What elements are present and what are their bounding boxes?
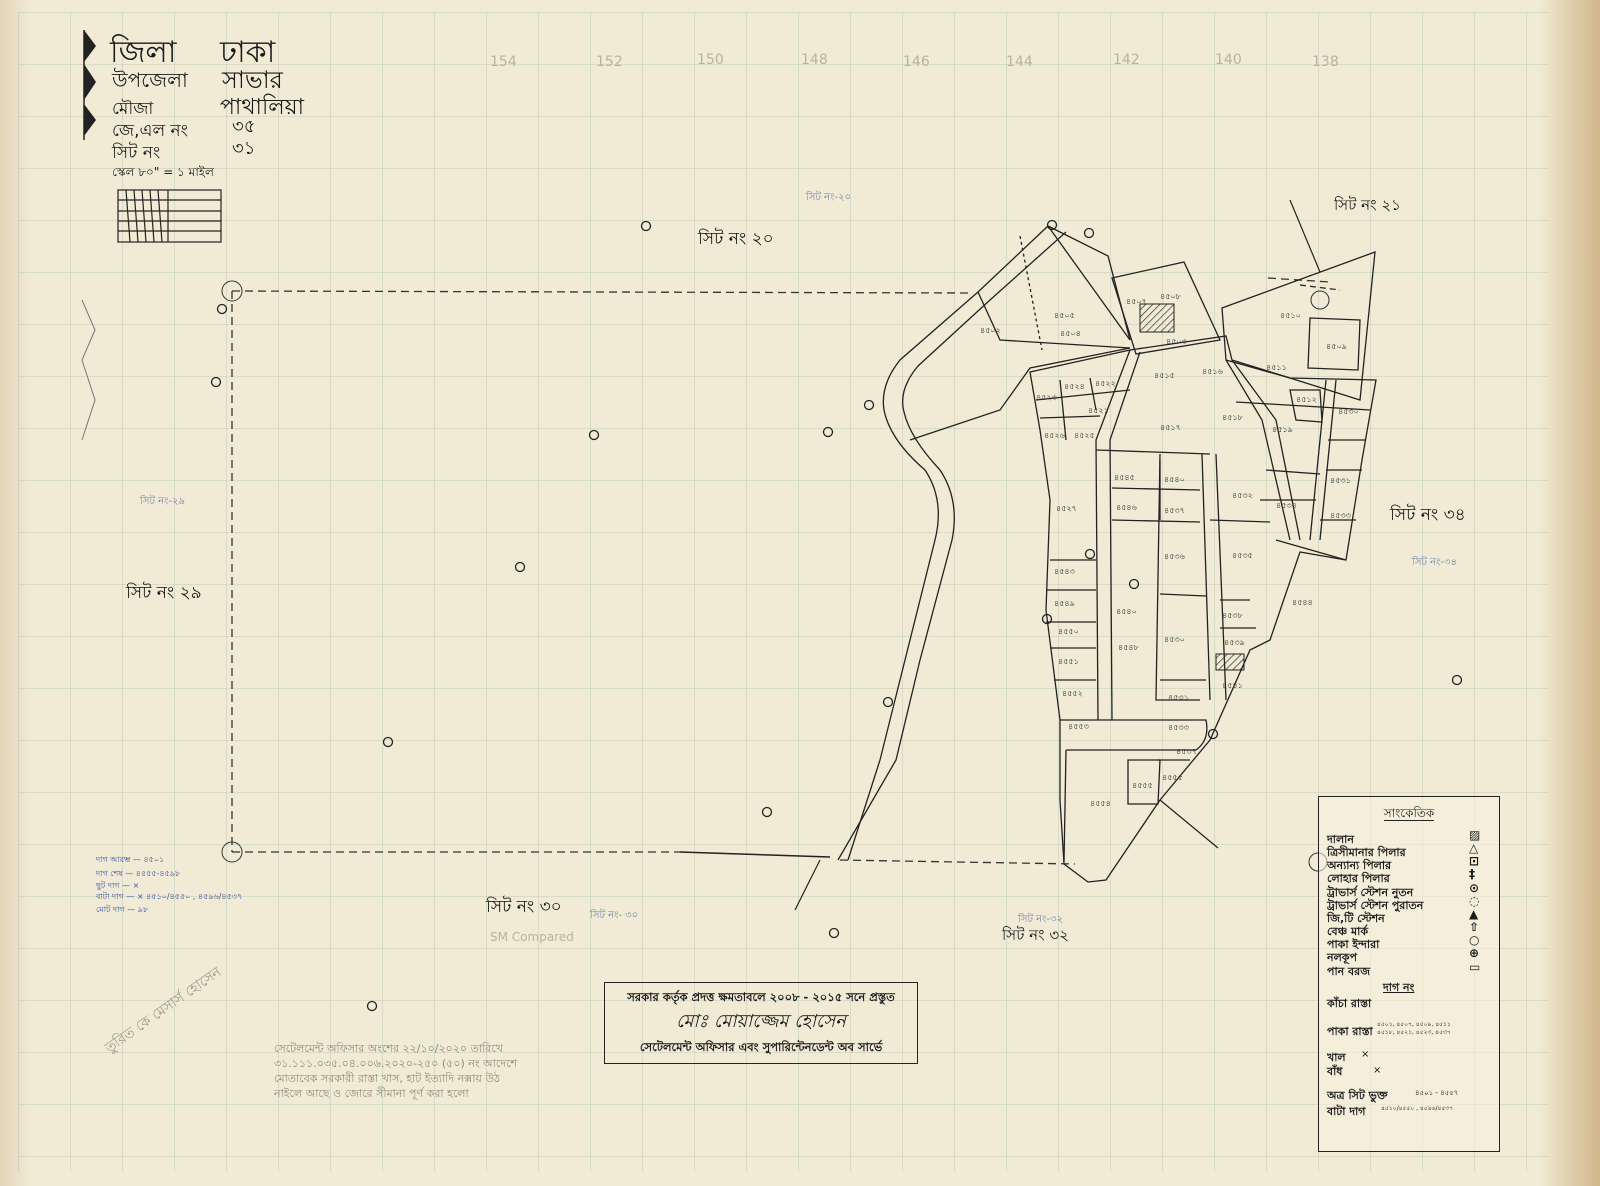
plot-number: ৪৫২৬	[1044, 430, 1065, 443]
plot-number: ৪৫৪৫	[1114, 472, 1135, 485]
pencil-note-sheet-30: সিট নং- ৩০	[590, 908, 638, 925]
plot-number: ৪৫০৯	[1326, 341, 1347, 354]
plot-number: ৪৫০৭	[1126, 296, 1147, 309]
plot-number: ৪৫৪০	[1116, 606, 1137, 619]
plot-number: ৪৫৩৭	[1176, 746, 1197, 759]
filled-triangle-icon: ▲	[1469, 907, 1478, 921]
plot-number: ৪৫৪১	[1222, 680, 1243, 693]
plot-number: ৪৫৫০	[1058, 626, 1079, 639]
canal-value: ×	[1361, 1049, 1369, 1060]
iron-pillar-icon: ‡	[1469, 867, 1475, 881]
embankment-value: ×	[1373, 1065, 1381, 1076]
split-plot-value: ৪৫১০/৪৫৫০ , ৪৫৯৬/৪৫৩৭	[1381, 1103, 1453, 1114]
sheet-number-value: ৩১	[232, 134, 255, 165]
square-dot-icon: ⊡	[1469, 854, 1479, 868]
ring-icon: ○	[1469, 933, 1479, 947]
plot-number: ৪৫৫৪	[1090, 798, 1111, 811]
pencil-note-sheet-20: সিট নং-২০	[806, 190, 851, 207]
plot-number: ৪৫২৩	[1036, 392, 1057, 405]
plot-number: ৪৫০৪	[1060, 328, 1081, 341]
plot-number: ৪৫২২	[1095, 378, 1116, 391]
plot-number: ৪৫৩২	[1232, 490, 1253, 503]
certificate-line-1: সরকার কর্তৃক প্রদত্ত ক্ষমতাবলে ২০০৮ - ২০…	[605, 989, 917, 1008]
plot-number: ৪৫৫৫	[1162, 772, 1183, 785]
plot-number: ৪৫৪৪	[1292, 597, 1313, 610]
crosshair-circle-icon: ⊕	[1469, 946, 1479, 960]
plot-number: ৪৫১১	[1266, 362, 1287, 375]
circle-dot-icon: ⊙	[1469, 881, 1479, 895]
certificate-box: সরকার কর্তৃক প্রদত্ত ক্ষমতাবলে ২০০৮ - ২০…	[604, 982, 918, 1064]
legend-item-split-plot: বাটা দাগ	[1327, 1103, 1366, 1122]
plot-number: ৪৫৪৮	[1118, 642, 1139, 655]
plot-number: ৪৫১২	[1296, 394, 1317, 407]
plot-number: ৪৫১৭	[1160, 422, 1181, 435]
plot-number: ৪৫৪৬	[1116, 502, 1137, 515]
plot-number: ৪৫৩৩	[1168, 722, 1189, 735]
bench-mark-icon: ⇧	[1469, 920, 1479, 934]
dashed-circle-icon: ◌	[1469, 894, 1479, 908]
plot-number: ৪৫৪০	[1164, 474, 1185, 487]
pencil-note-sheet-34: সিট নং-৩৪	[1412, 555, 1457, 572]
plot-number: ৪৫৩১	[1330, 475, 1351, 488]
plot-number: ৪৫২৭	[1056, 503, 1077, 516]
plot-number: ৪৫৩৭	[1164, 505, 1185, 518]
upazila-label: উপজেলা	[112, 66, 188, 99]
plot-number: ৪৫৫৩	[1068, 721, 1089, 734]
plot-number: ৪৫৩৫	[1232, 550, 1253, 563]
adjacent-sheet-east: সিট নং ৩৪	[1390, 502, 1466, 530]
plot-number: ৪৫৩৯	[1224, 637, 1245, 650]
plot-number: ৪৫০৩	[1166, 336, 1187, 349]
plot-number: ৪৫৩১	[1168, 692, 1189, 705]
pencil-note-sheet-32: সিট নং-৩২	[1018, 912, 1063, 929]
plot-number: ৪৫২৪	[1064, 381, 1085, 394]
plot-number: ৪৫৩৩	[1330, 510, 1351, 523]
plot-number: ৪৫৫১	[1058, 656, 1079, 669]
legend-item-pucca-road: পাকা রাস্তা	[1327, 1023, 1373, 1042]
plot-number: ৪৫০৫	[1054, 310, 1075, 323]
legend-item-kacha-road: কাঁচা রাস্তা	[1327, 995, 1371, 1014]
plot-number: ৪৫২৫	[1074, 430, 1095, 443]
plot-number: ৪৫৩০	[1338, 406, 1359, 419]
legend-title: সাংকেতিক	[1384, 806, 1435, 821]
rectangle-icon: ▭	[1469, 960, 1480, 974]
pencil-note-sm-compared: SM Compared	[490, 930, 574, 944]
plot-number: ৪৫৪৯	[1054, 598, 1075, 611]
plot-number: ৪৫১৬	[1202, 366, 1223, 379]
adjacent-sheet-north: সিট নং ২০	[698, 226, 774, 254]
triangle-icon: △	[1469, 841, 1478, 855]
legend-dag-header: দাগ নং	[1383, 979, 1414, 998]
plot-number: ৪৫১৯	[1272, 424, 1293, 437]
plot-number: ৪৫৩৮	[1222, 610, 1243, 623]
pencil-note-bottom-4: নাইলে আছে ও জোরে সীমানা পূর্ণ করা হলো	[274, 1085, 469, 1104]
plot-number: ৪৫৫২	[1062, 688, 1083, 701]
left-note: দাগ আরম্ভ — ৪৫০১	[96, 854, 164, 867]
building-hatch-icon: ▨	[1469, 828, 1480, 842]
plot-number: ৪৫২১	[1088, 405, 1109, 418]
legend-item-embankment: বাঁধ	[1327, 1063, 1342, 1082]
left-note: বাটা দাগ — × ৪৫১০/৪৫৫০ , ৪৫৯৬/৪৫৩৭	[96, 891, 242, 904]
pucca-road-dags-2: ৪৫১৮, ৪৫২১, ৪৫২৩, ৪৫৩৭	[1377, 1027, 1451, 1038]
plot-number: ৪৫৩৪	[1276, 500, 1297, 513]
plot-number: ৪৫৩৬	[1164, 551, 1185, 564]
certificate-line-3: সেটেলমেন্ট অফিসার এবং সুপারিন্টেনডেন্ট অ…	[605, 1039, 917, 1058]
left-note: মোট দাগ — ৯৮	[96, 904, 148, 917]
adjacent-sheet-north-east: সিট নং ২১	[1334, 194, 1401, 219]
plot-number: ৪৫৩০	[1164, 634, 1185, 647]
adjacent-sheet-south: সিট নং ৩০	[486, 894, 562, 922]
plot-number: ৪৫৫৫	[1132, 780, 1153, 793]
plot-number: ৪৫০৮	[1160, 291, 1181, 304]
certificate-signature: মোঃ মোয়াজ্জেম হোসেন	[605, 1007, 917, 1038]
plot-number: ৪৫৪৩	[1054, 566, 1075, 579]
plot-number: ৪৫১০	[1280, 310, 1301, 323]
plot-number: ৪৫১৮	[1222, 412, 1243, 425]
sheet-included-value: ৪৫০১ - ৪৫৫৭	[1415, 1087, 1458, 1099]
plot-number: ৪৫১৫	[1154, 370, 1175, 383]
legend-box: সাংকেতিক দালান ▨ ত্রিসীমানার পিলার △ অন্…	[1318, 796, 1500, 1152]
scale-label: স্কেল ৮০" = ১ মাইল	[112, 164, 214, 184]
plot-number: ৪৫০২	[980, 325, 1001, 338]
adjacent-sheet-west: সিট নং ২৯	[126, 580, 202, 608]
legend-item-betel-garden: পান বরজ	[1327, 963, 1370, 982]
pencil-note-sheet-29: সিট নং-২৯	[140, 494, 185, 511]
map-sheet: 154 152 150 148 146 144 142 140 138	[0, 0, 1600, 1186]
